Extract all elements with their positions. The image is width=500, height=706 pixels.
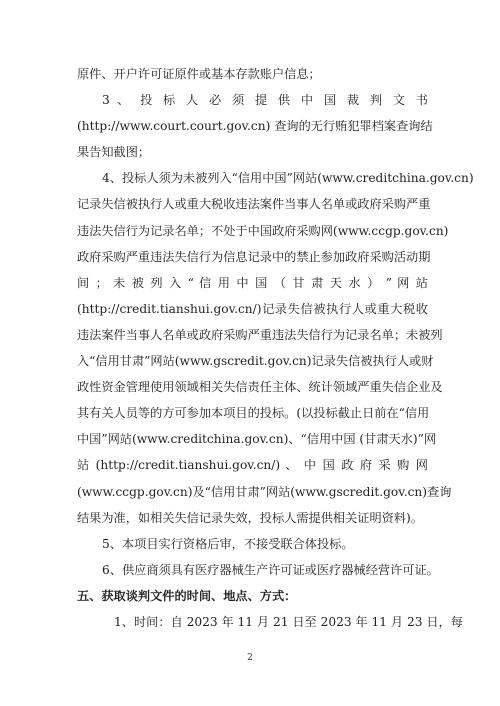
text-line: 违法案件当事人名单或政府采购严重违法失信行为记录名单；未被列 bbox=[77, 322, 428, 348]
text-line: 4、投标人须为未被列入“信用中国”网站(www.creditchina.gov.… bbox=[77, 165, 428, 191]
document-body: 原件、开户许可证原件或基本存款账户信息； 3 、 投 标 人 必 须 提 供 中… bbox=[77, 61, 428, 635]
text-line: 违法失信行为记录名单；不处于中国政府采购网(www.ccgp.gov.cn) bbox=[77, 218, 428, 244]
text-line: (www.ccgp.gov.cn)及“信用甘肃”网站(www.gscredit.… bbox=[77, 479, 428, 505]
text-line: 间 ； 未 被 列 入 “ 信 用 中 国 （ 甘 肃 天 水 ） ” 网 站 bbox=[77, 270, 428, 296]
text-line: 5、本项目实行资格后审，不接受联合体投标。 bbox=[77, 531, 428, 557]
text-line: 果告知截图； bbox=[77, 139, 428, 165]
text-line: 记录失信被执行人或重大税收违法案件当事人名单或政府采购严重 bbox=[77, 191, 428, 217]
text-line: 政府采购严重违法失信行为信息记录中的禁止参加政府采购活动期 bbox=[77, 244, 428, 270]
section-heading: 五、获取谈判文件的时间、地点、方式： bbox=[77, 583, 428, 609]
text-line: 政性资金管理使用领域相关失信责任主体、统计领域严重失信企业及 bbox=[77, 374, 428, 400]
text-line: 其有关人员等的方可参加本项目的投标。(以投标截止日前在“信用 bbox=[77, 400, 428, 426]
text-line: 入“信用甘肃”网站(www.gscredit.gov.cn)记录失信被执行人或财 bbox=[77, 348, 428, 374]
text-line: 结果为准，如相关失信记录失效，投标人需提供相关证明资料)。 bbox=[77, 505, 428, 531]
page-number: 2 bbox=[0, 653, 500, 663]
document-page: 原件、开户许可证原件或基本存款账户信息； 3 、 投 标 人 必 须 提 供 中… bbox=[0, 0, 500, 706]
text-line: 6、供应商须具有医疗器械生产许可证或医疗器械经营许可证。 bbox=[77, 557, 428, 583]
text-line: 3 、 投 标 人 必 须 提 供 中 国 裁 判 文 书 bbox=[77, 87, 428, 113]
text-line: 1、时间：自 2023 年 11 月 21 日至 2023 年 11 月 23 … bbox=[77, 609, 428, 635]
text-line: (http://www.court.court.gov.cn) 查询的无行贿犯罪… bbox=[77, 113, 428, 139]
text-line: 原件、开户许可证原件或基本存款账户信息； bbox=[77, 61, 428, 87]
text-line: 站 (http://credit.tianshui.gov.cn/) 、 中 国… bbox=[77, 452, 428, 478]
text-line: 中国”网站(www.creditchina.gov.cn)、“信用中国 (甘肃天… bbox=[77, 426, 428, 452]
text-line: (http://credit.tianshui.gov.cn/)记录失信被执行人… bbox=[77, 296, 428, 322]
